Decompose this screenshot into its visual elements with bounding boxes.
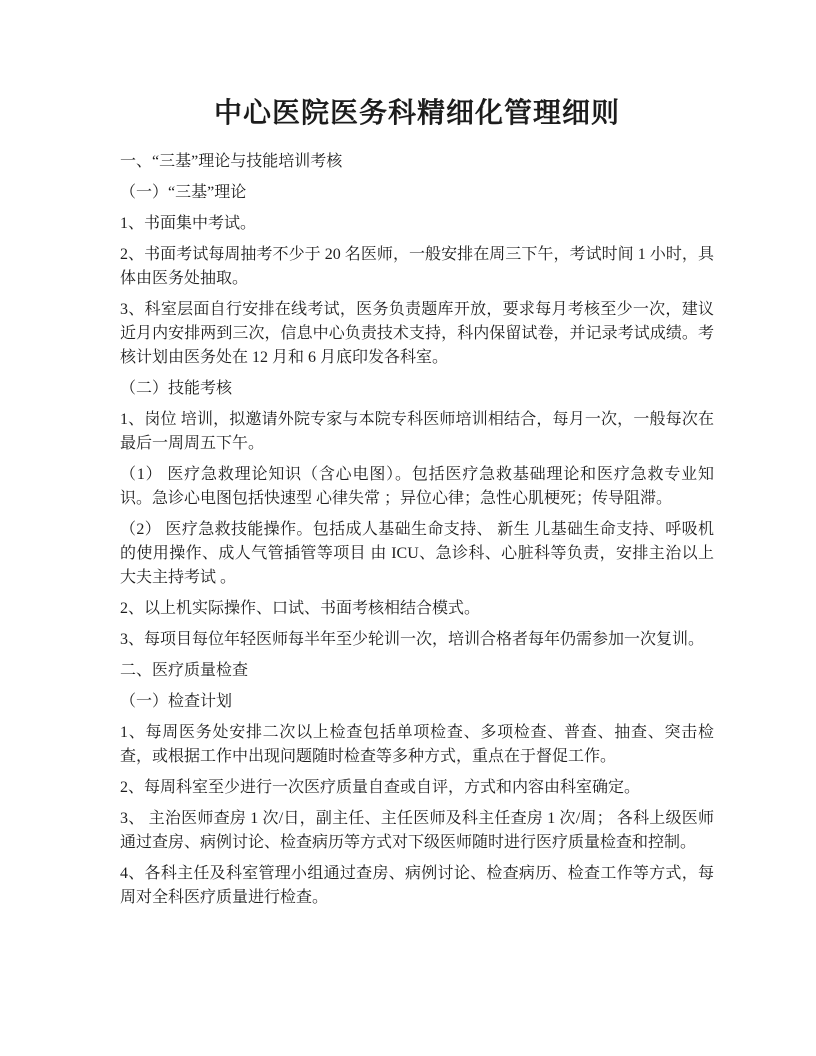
document-title: 中心医院医务科精细化管理细则 [120,96,714,132]
paragraph: 1、书面集中考试。 [120,212,714,236]
paragraph-section-heading: 二、医疗质量检查 [120,659,714,683]
paragraph-subsection-heading: （二）技能考核 [120,377,714,401]
document-page: 中心医院医务科精细化管理细则 一、“三基”理论与技能培训考核 （一）“三基”理论… [0,0,816,1056]
paragraph: 1、岗位 培训，拟邀请外院专家与本院专科医师培训相结合，每月一次，一般每次在最后… [120,408,714,456]
paragraph-subsection-heading: （一）“三基”理论 [120,181,714,205]
paragraph: 4、各科主任及科室管理小组通过查房、病例讨论、检查病历、检查工作等方式，每周对全… [120,862,714,910]
paragraph: 1、每周医务处安排二次以上检查包括单项检查、多项检查、普查、抽查、突击检查，或根… [120,721,714,769]
paragraph: 2、书面考试每周抽考不少于 20 名医师，一般安排在周三下午，考试时间 1 小时… [120,243,714,291]
paragraph: （1） 医疗急救理论知识（含心电图）。包括医疗急救基础理论和医疗急救专业知识。急… [120,463,714,511]
paragraph: 3、科室层面自行安排在线考试，医务负责题库开放，要求每月考核至少一次，建议近月内… [120,298,714,370]
paragraph-section-heading: 一、“三基”理论与技能培训考核 [120,150,714,174]
paragraph: 3、 主治医师查房 1 次/日，副主任、主任医师及科主任查房 1 次/周； 各科… [120,807,714,855]
paragraph: 2、每周科室至少进行一次医疗质量自查或自评，方式和内容由科室确定。 [120,776,714,800]
paragraph-subsection-heading: （一）检查计划 [120,690,714,714]
paragraph: （2） 医疗急救技能操作。包括成人基础生命支持、 新生 儿基础生命支持、呼吸机的… [120,518,714,590]
document-body: 一、“三基”理论与技能培训考核 （一）“三基”理论 1、书面集中考试。 2、书面… [120,150,714,910]
paragraph: 2、以上机实际操作、口试、书面考核相结合模式。 [120,597,714,621]
paragraph: 3、每项目每位年轻医师每半年至少轮训一次，培训合格者每年仍需参加一次复训。 [120,628,714,652]
